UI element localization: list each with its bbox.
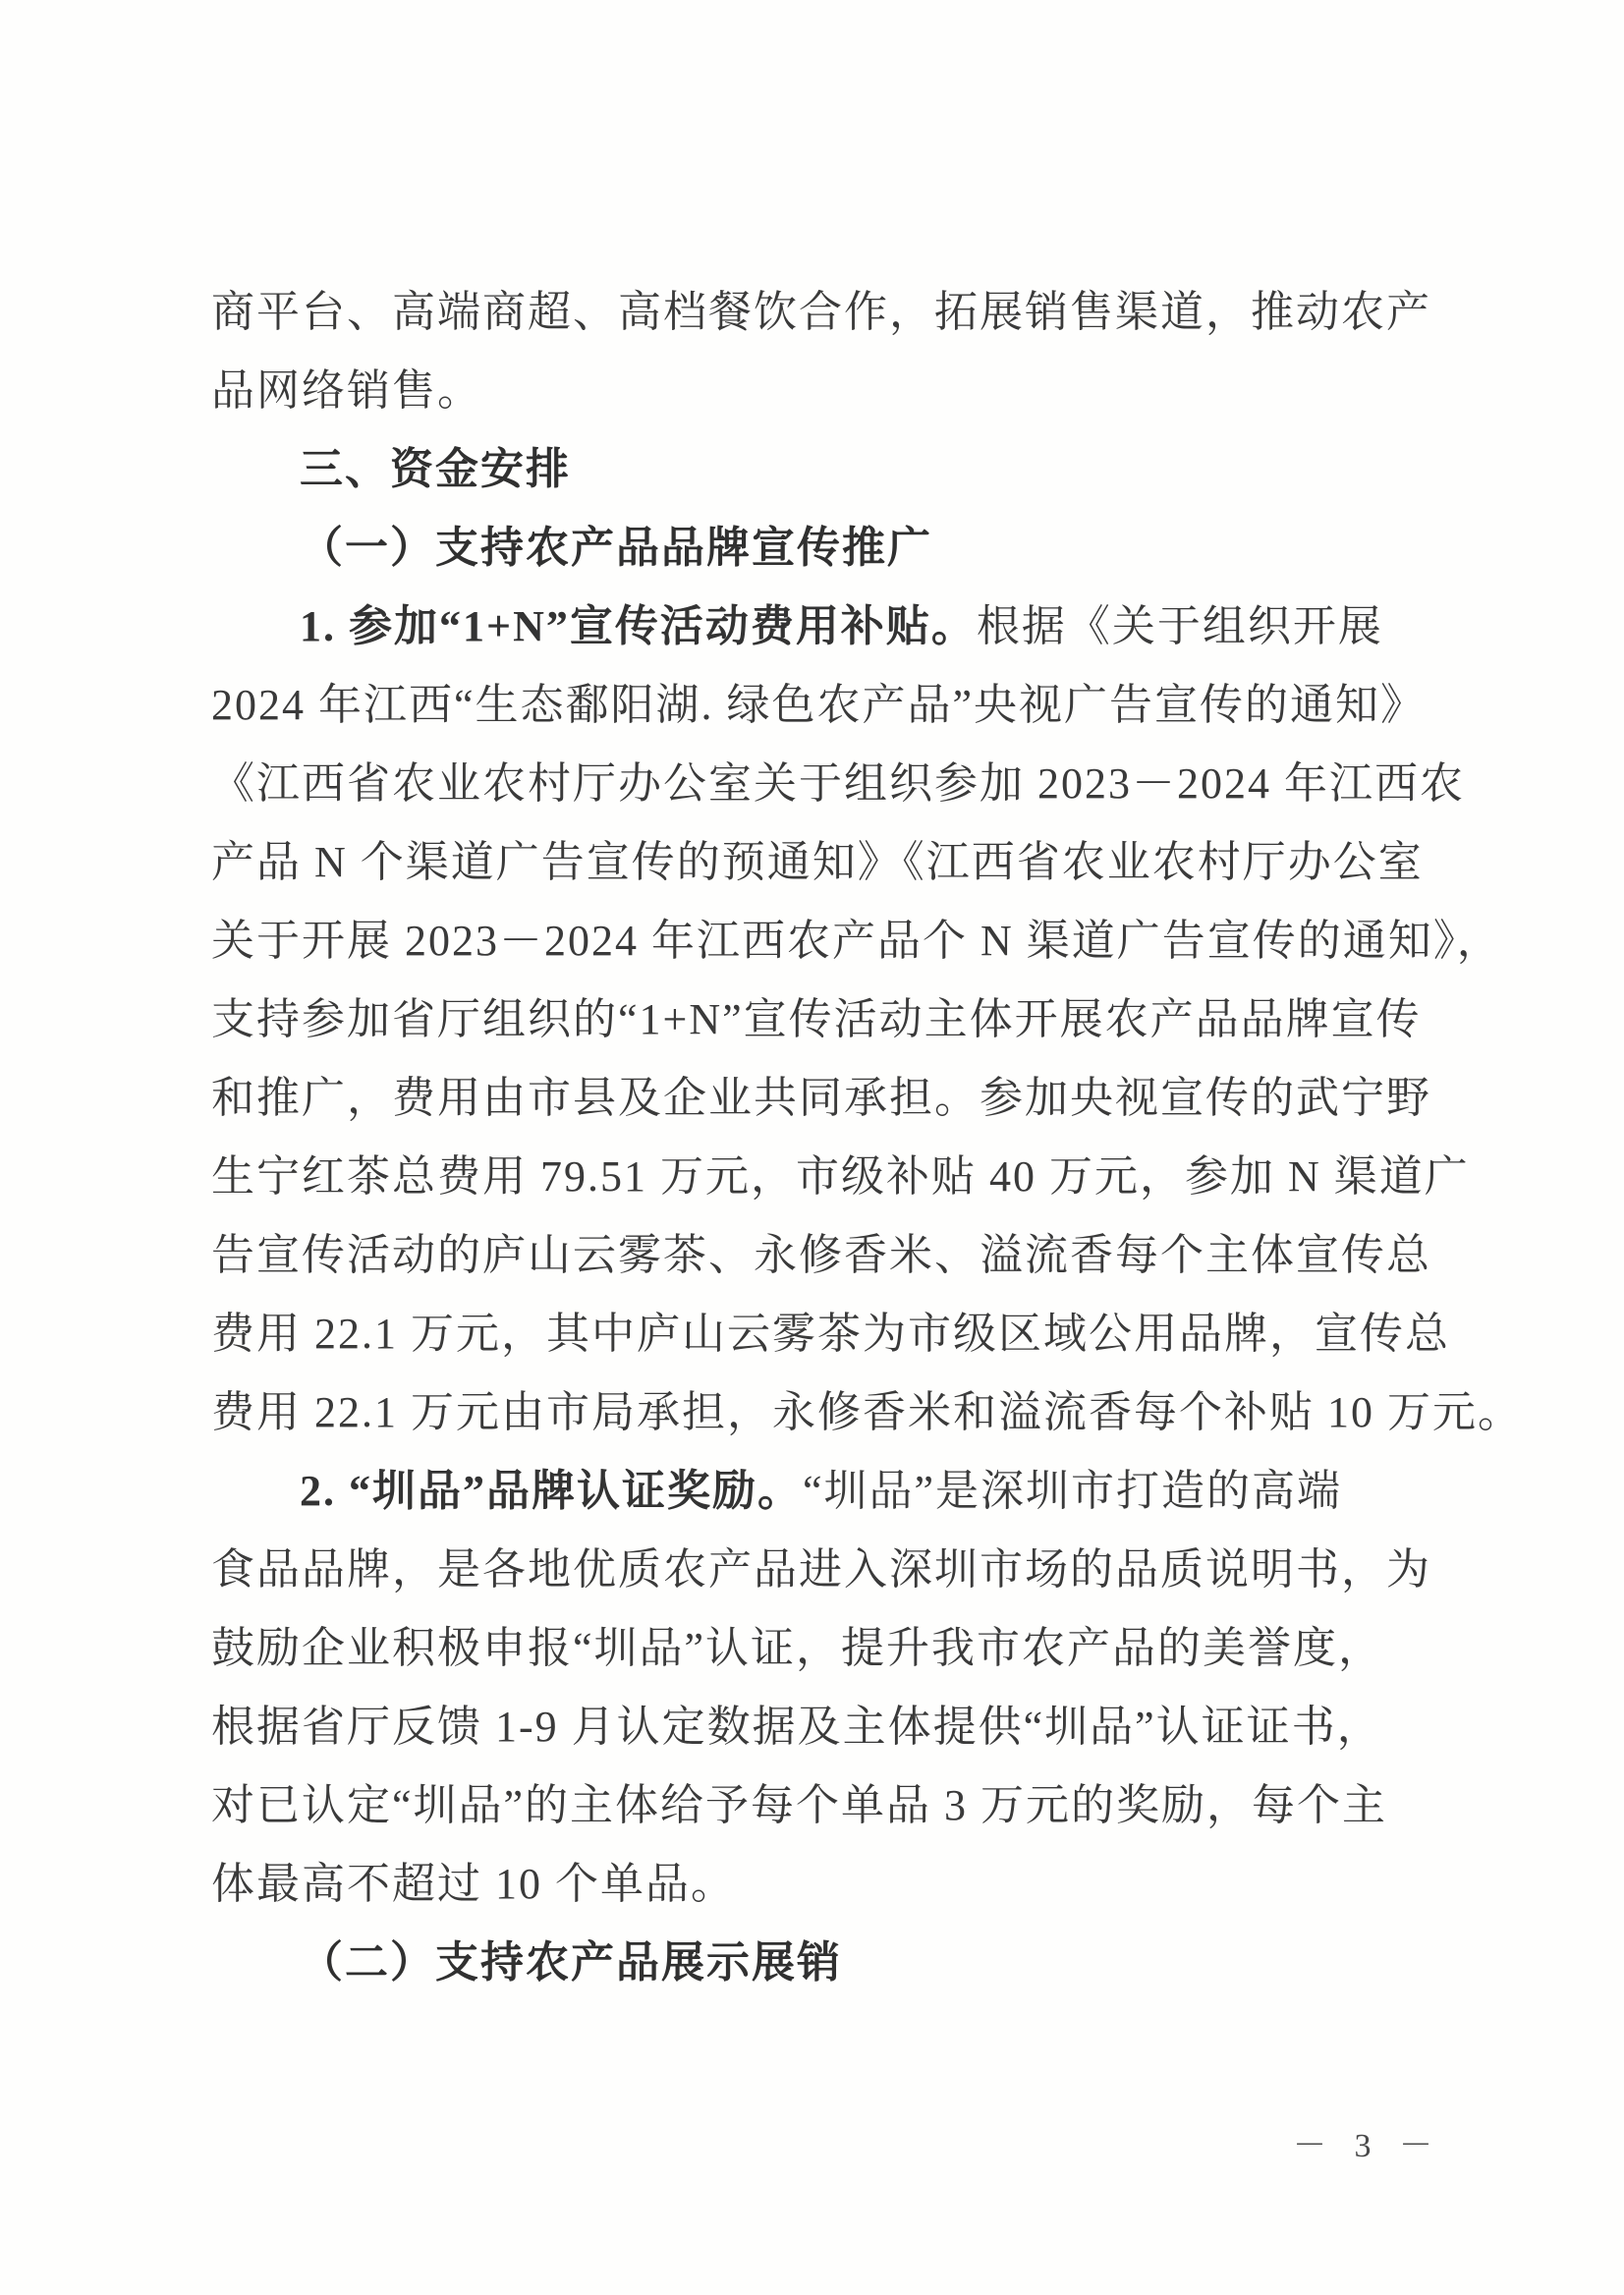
item2-line-text: “圳品”是深圳市打造的高端 [803, 1467, 1342, 1515]
item1-line: 支持参加省厅组织的“1+N”宣传活动主体开展农产品品牌宣传 [211, 980, 1422, 1059]
item1-line: 生宁红茶总费用 79.51 万元，市级补贴 40 万元，参加 N 渠道广 [211, 1138, 1422, 1216]
item2-line: 体最高不超过 10 个单品。 [211, 1845, 1422, 1924]
item2-line: 鼓励企业积极申报“圳品”认证，提升我市农产品的美誉度， [211, 1609, 1422, 1688]
item2-line: 食品品牌，是各地优质农产品进入深圳市场的品质说明书，为 [211, 1531, 1422, 1609]
item1-line: 费用 22.1 万元，其中庐山云雾茶为市级区域公用品牌，宣传总 [211, 1295, 1422, 1373]
item2-line: 2. “圳品”品牌认证奖励。“圳品”是深圳市打造的高端 [211, 1452, 1422, 1531]
item1-line: 和推广，费用由市县及企业共同承担。参加央视宣传的武宁野 [211, 1059, 1422, 1138]
item1-line: 《江西省农业农村厅办公室关于组织参加 2023－2024 年江西农 [211, 745, 1422, 823]
subsection-heading-1: （一）支持农产品品牌宣传推广 [211, 509, 1422, 588]
item1-line-text: 根据《关于组织开展 [977, 602, 1383, 650]
item1-line: 费用 22.1 万元由市局承担，永修香米和溢流香每个补贴 10 万元。 [211, 1373, 1422, 1452]
document-body: 商平台、高端商超、高档餐饮合作，拓展销售渠道，推动农产 品网络销售。 三、资金安… [211, 273, 1422, 2002]
page-number: － 3 － [1293, 2122, 1442, 2171]
item1-lead: 1. 参加“1+N”宣传活动费用补贴。 [300, 602, 977, 650]
document-page: 商平台、高端商超、高档餐饮合作，拓展销售渠道，推动农产 品网络销售。 三、资金安… [0, 0, 1624, 2295]
section-heading: 三、资金安排 [211, 430, 1422, 509]
paragraph-continuation-line: 商平台、高端商超、高档餐饮合作，拓展销售渠道，推动农产 [211, 273, 1422, 352]
item1-line: 2024 年江西“生态鄱阳湖. 绿色农产品”央视广告宣传的通知》 [211, 666, 1422, 745]
item1-line: 关于开展 2023－2024 年江西农产品个 N 渠道广告宣传的通知》， [211, 902, 1422, 980]
item2-line: 根据省厅反馈 1-9 月认定数据及主体提供“圳品”认证证书， [211, 1688, 1422, 1766]
subsection-heading-2: （二）支持农产品展示展销 [211, 1924, 1422, 2002]
item1-line: 告宣传活动的庐山云雾茶、永修香米、溢流香每个主体宣传总 [211, 1216, 1422, 1295]
item1-line: 1. 参加“1+N”宣传活动费用补贴。根据《关于组织开展 [211, 588, 1422, 666]
item2-lead: 2. “圳品”品牌认证奖励。 [300, 1467, 803, 1515]
item2-line: 对已认定“圳品”的主体给予每个单品 3 万元的奖励，每个主 [211, 1766, 1422, 1845]
paragraph-continuation-line: 品网络销售。 [211, 352, 1422, 430]
item1-line: 产品 N 个渠道广告宣传的预通知》《江西省农业农村厅办公室 [211, 823, 1422, 902]
